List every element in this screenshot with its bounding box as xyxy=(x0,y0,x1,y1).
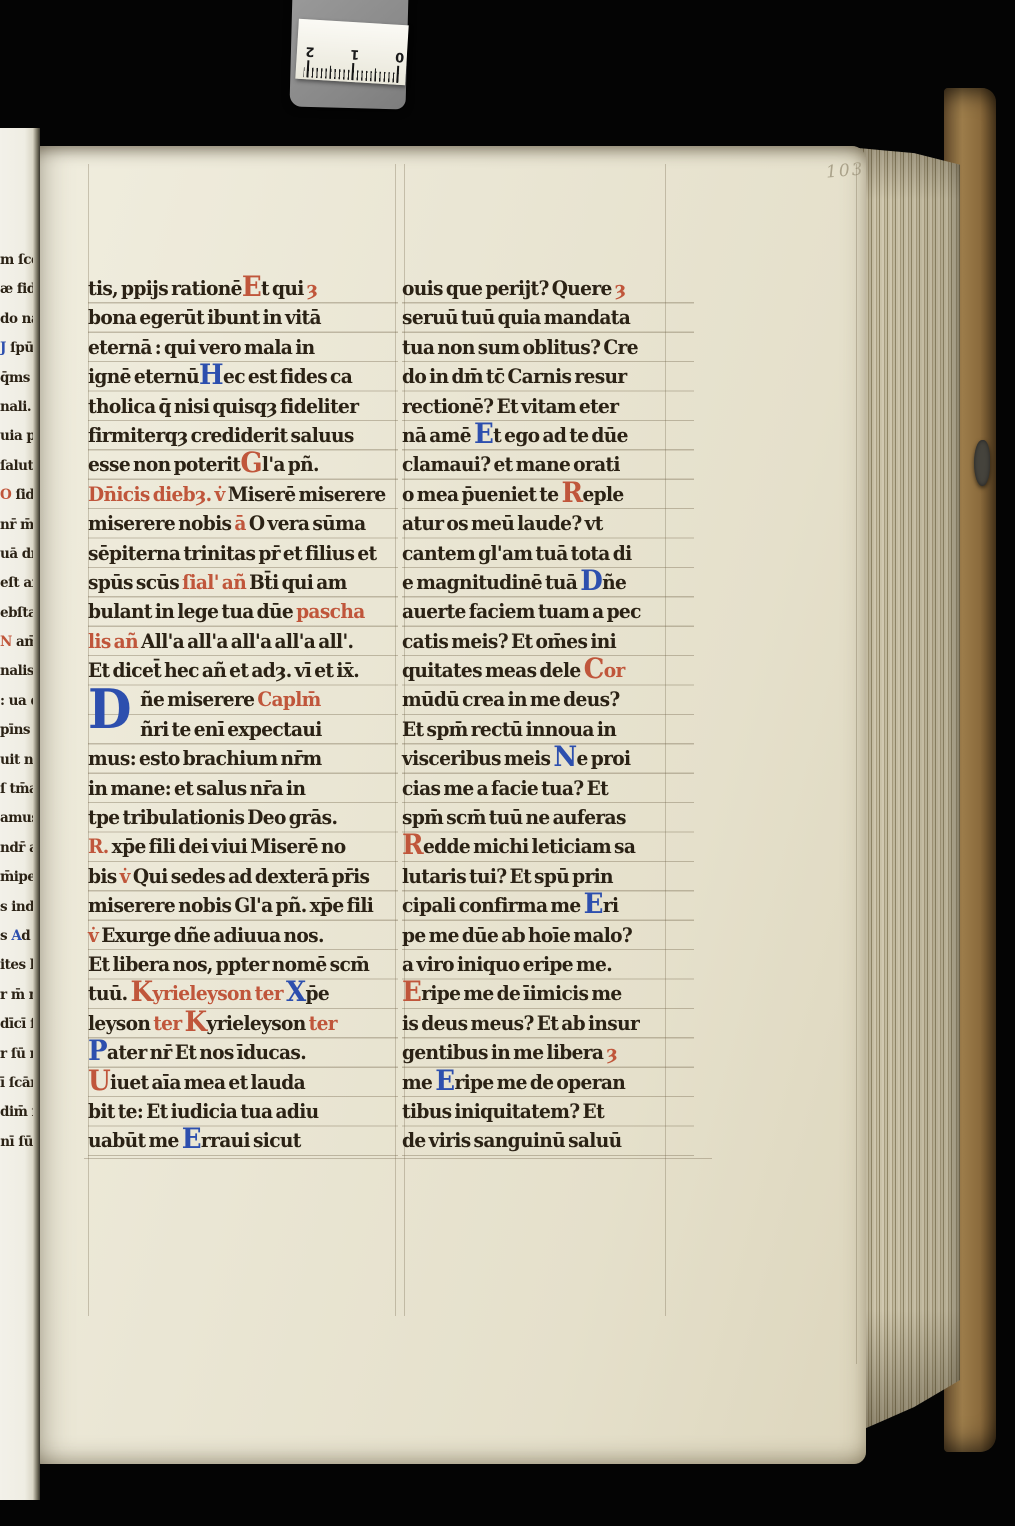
text-segment: Miserē miserere xyxy=(228,482,386,506)
text-segment: miserere nobis Gl'a pñ. xp̄e fili xyxy=(88,893,373,917)
manuscript-text-line: quitates meas dele Cor xyxy=(402,656,674,685)
initial-letter: E xyxy=(402,975,421,1008)
manuscript-text-line: spm̄ scm̄ tuū ne auferas xyxy=(402,803,674,832)
initial-letter: R xyxy=(561,476,582,509)
margin-fragment-line: s Ad nr̄ xyxy=(0,922,33,951)
initial-letter: N xyxy=(553,740,576,773)
text-segment: firmiterqȝ crediderit saluus xyxy=(88,423,354,447)
text-segment: a viro iniquo eripe me. xyxy=(402,952,612,976)
fragment-text: N xyxy=(0,634,12,650)
text-segment: ouis que perijt? Quere xyxy=(402,276,615,300)
initial-letter: H xyxy=(199,358,223,391)
ruler-number: 0 xyxy=(393,49,406,65)
text-segment: Et spm̄ rectū innoua in xyxy=(402,717,616,741)
text-segment: cantem gl'am tuā tota di xyxy=(402,541,632,565)
manuscript-text-line: cipali confirma me Eri xyxy=(402,891,674,920)
manuscript-text-line: pe me dūe ab hoīe malo? xyxy=(402,921,674,950)
text-segment: ripe me de operan xyxy=(454,1070,625,1094)
fragment-text: æ fidēs xyxy=(0,281,33,297)
margin-fragment-line: nalis m̄ xyxy=(0,657,33,686)
text-segment: pe me dūe ab hoīe malo? xyxy=(402,923,632,947)
margin-fragment-line: r m̄ mōd xyxy=(0,981,33,1010)
text-segment: v̇ xyxy=(88,923,101,947)
manuscript-text-line: R. xp̄e fili dei viui Miserē no xyxy=(88,832,376,861)
margin-fragment-line: r ſū mō xyxy=(0,1040,33,1069)
margin-fragment-line: uit nr̄a xyxy=(0,746,33,775)
fragment-text: ebſtaūr xyxy=(0,605,33,621)
ruling-line-horizontal xyxy=(84,1158,712,1159)
margin-fragment-line: do nata xyxy=(0,305,33,334)
text-segment: ater nr̄ Et nos īducas. xyxy=(107,1040,306,1064)
fragment-text: ſidī xyxy=(11,487,33,503)
text-segment: mūdū crea in me deus? xyxy=(402,687,620,711)
manuscript-text-line: bis v̇ Qui sedes ad dexterā pr̄is xyxy=(88,862,376,891)
text-segment: ñri te enī expectaui xyxy=(140,717,322,741)
text-segment: cipali confirma me xyxy=(402,893,584,917)
margin-fragment-line: O ſidī xyxy=(0,481,33,510)
text-segment: o mea p̄ueniet te xyxy=(402,482,561,506)
text-segment: seruū tuū quia mandata xyxy=(402,305,630,329)
text-segment: clamaui? et mane orati xyxy=(402,452,620,476)
margin-fragment-line: dīcī ſīr xyxy=(0,1010,33,1039)
text-segment: visceribus meis xyxy=(402,746,553,770)
manuscript-text-line: nā amē Et ego ad te dūe xyxy=(402,421,674,450)
text-segment: p̄e xyxy=(306,981,330,1005)
manuscript-text-line: is deus meus? Et ab insur xyxy=(402,1009,674,1038)
text-segment: R. xyxy=(88,834,112,858)
text-segment: cias me a facie tua? Et xyxy=(402,776,608,800)
text-segment: eple xyxy=(582,482,623,506)
text-segment: ri xyxy=(603,893,619,917)
measurement-ruler: 0 1 2 xyxy=(295,19,408,86)
manuscript-text-line: esse non poteritGl'a pñ. xyxy=(88,450,376,479)
manuscript-text-line: tuū. Kyrieleyson ter Xp̄e xyxy=(88,979,376,1008)
manuscript-text-line: me Eripe me de operan xyxy=(402,1068,674,1097)
initial-letter: E xyxy=(242,270,261,303)
manuscript-text-line: mūdū crea in me deus? xyxy=(402,685,674,714)
manuscript-text-line: bit te: Et iudicia tua adiu xyxy=(88,1097,376,1126)
text-segment: ter xyxy=(153,1011,184,1035)
text-segment: rectionē? Et vitam eter xyxy=(402,394,618,418)
manuscript-text-line: seruū tuū quia mandata xyxy=(402,303,674,332)
text-segment: tua non sum oblitus? Cre xyxy=(402,335,638,359)
ruler-scale: 0 1 2 xyxy=(295,19,408,86)
fragment-text: nī ſū xyxy=(0,1134,33,1150)
fragment-text: uā dr̄is xyxy=(0,546,33,562)
fore-edge-page-stack xyxy=(858,148,960,1438)
text-segment: ȝ xyxy=(606,1040,617,1064)
fragment-text: ī ſcām xyxy=(0,1075,33,1091)
text-segment: Et libera nos, ppter nomē scm̄ xyxy=(88,952,369,976)
text-segment: e proi xyxy=(577,746,631,770)
fragment-text: uia pam̄ xyxy=(0,428,33,444)
fragment-text: A xyxy=(11,928,21,944)
ruler-major-tick xyxy=(397,66,400,83)
text-segment: e magnitudinē tuā xyxy=(402,570,580,594)
margin-fragment-line: ndr̄ ad d̄ xyxy=(0,834,33,863)
manuscript-text-line: do in dm̄ tc̄ Carnis resur xyxy=(402,362,674,391)
manuscript-text-line: Et dicet̄ hec añ et adȝ. vī et ix̄. xyxy=(88,656,376,685)
text-segment: ſial' añ xyxy=(182,570,249,594)
fragment-text: r ſū mō xyxy=(0,1046,33,1062)
manuscript-text-line: ignē eternūHec est fides ca xyxy=(88,362,376,391)
manuscript-text-line: rectionē? Et vitam eter xyxy=(402,392,674,421)
text-segment: do in dm̄ tc̄ Carnis resur xyxy=(402,364,627,388)
text-segment: ter xyxy=(309,1011,337,1035)
manuscript-text-line: cias me a facie tua? Et xyxy=(402,774,674,803)
ruler-number: 2 xyxy=(304,43,317,59)
text-segment: bona egerūt ibunt in vitā xyxy=(88,305,321,329)
fragment-text: do nata xyxy=(0,311,33,327)
manuscript-text-line: tis, ppijs rationēEt qui ȝ xyxy=(88,274,376,303)
margin-fragment-line: s indr̄m xyxy=(0,893,33,922)
fragment-text: q̄ms ſpū xyxy=(0,370,33,386)
text-segment: atur os meū laude? vt xyxy=(402,511,603,535)
fragment-text: ſ tm̄a d̄ xyxy=(0,781,33,797)
text-segment: bis xyxy=(88,864,120,888)
ruler-number: 1 xyxy=(348,46,361,62)
manuscript-text-line: Uiuet aīa mea et lauda xyxy=(88,1068,376,1097)
fragment-text: ites huis xyxy=(0,957,33,973)
text-segment: tpe tribulationis Deo grās. xyxy=(88,805,337,829)
manuscript-text-line: bulant in lege tua dūe pascha xyxy=(88,597,376,626)
manuscript-text-line: Eripe me de īimicis me xyxy=(402,979,674,1008)
fragment-text: am̄ ſū xyxy=(12,634,33,650)
manuscript-text-line: miserere nobis ā O vera sūma xyxy=(88,509,376,538)
manuscript-text-line: tholica q̄ nisi quisqȝ fideliter xyxy=(88,392,376,421)
initial-letter: E xyxy=(474,417,493,450)
text-segment: tuū. xyxy=(88,981,131,1005)
text-segment: t ego ad te dūe xyxy=(493,423,628,447)
text-segment: Qui sedes ad dexterā pr̄is xyxy=(133,864,369,888)
manuscript-text-line: clamaui? et mane orati xyxy=(402,450,674,479)
text-segment: tis, ppijs rationē xyxy=(88,276,242,300)
manuscript-text-line: sēpiterna trinitas pr̄ et filius et xyxy=(88,539,376,568)
manuscript-text-line: ouis que perijt? Quere ȝ xyxy=(402,274,674,303)
manuscript-text-line: Dñe miserere Caplm̄ xyxy=(88,685,376,714)
text-segment: mus: esto brachium nr̄m xyxy=(88,746,322,770)
text-segment: nā amē xyxy=(402,423,474,447)
margin-fragment-line: amus A xyxy=(0,804,33,833)
manuscript-photograph: 103 tis, ppijs rationēEt qui ȝbona egerū… xyxy=(0,0,1015,1526)
margin-fragment-line: uā dr̄is xyxy=(0,540,33,569)
text-segment: rraui sicut xyxy=(201,1128,301,1152)
fragment-text: r m̄ mōd xyxy=(0,987,33,1003)
margin-fragment-line: uia pam̄ xyxy=(0,422,33,451)
text-segment: eternā : qui vero mala in xyxy=(88,335,315,359)
text-segment: tibus iniquitatem? Et xyxy=(402,1099,604,1123)
margin-fragment-line: æ fidēs xyxy=(0,275,33,304)
manuscript-page: 103 tis, ppijs rationēEt qui ȝbona egerū… xyxy=(36,146,866,1464)
facing-page-edge: m ſcē pm̄æ fidēsdo nataJ ſpūsq̄ms ſpūnal… xyxy=(0,128,40,1500)
text-segment: Exurge dñe adiuua nos. xyxy=(101,923,324,947)
margin-fragment-line: q̄ms ſpū xyxy=(0,364,33,393)
manuscript-text-line: uabūt me Erraui sicut xyxy=(88,1126,376,1155)
text-segment: quitates meas dele xyxy=(402,658,584,682)
manuscript-text-line: e magnitudinē tuā Dñe xyxy=(402,568,674,597)
text-segment: tholica q̄ nisi quisqȝ fideliter xyxy=(88,394,358,418)
fragment-text: s indr̄m xyxy=(0,899,33,915)
manuscript-text-line: a viro iniquo eripe me. xyxy=(402,950,674,979)
text-segment: auerte faciem tuam a pec xyxy=(402,599,641,623)
text-segment: Dn̄icis diebȝ. v̇ xyxy=(88,482,228,506)
text-segment: ñe miserere xyxy=(140,687,257,711)
text-segment: yrieleyson xyxy=(207,1011,309,1035)
text-segment: yrieleyson xyxy=(153,981,255,1005)
manuscript-text-line: firmiterqȝ crediderit saluus xyxy=(88,421,376,450)
text-segment: ȝ xyxy=(304,276,318,300)
text-segment: uabūt me xyxy=(88,1128,182,1152)
text-segment: v̇ xyxy=(120,864,133,888)
initial-letter: K xyxy=(131,975,153,1008)
initial-letter: P xyxy=(88,1034,107,1067)
initial-letter: U xyxy=(88,1064,110,1097)
manuscript-text-line: tpe tribulationis Deo grās. xyxy=(88,803,376,832)
text-segment: lis añ xyxy=(88,629,141,653)
manuscript-text-line: lutaris tui? Et spū prin xyxy=(402,862,674,891)
manuscript-text-line: bona egerūt ibunt in vitā xyxy=(88,303,376,332)
initial-letter: D xyxy=(580,564,602,597)
clasp-remnant xyxy=(974,440,990,486)
fragment-text: ſalutē xyxy=(0,458,33,474)
text-segment: leyson xyxy=(88,1011,153,1035)
text-segment: spūs scūs xyxy=(88,570,182,594)
margin-fragment-line: N am̄ ſū xyxy=(0,628,33,657)
margin-fragment-line: ites huis xyxy=(0,951,33,980)
margin-fragment-line: m̄ipem̄ xyxy=(0,863,33,892)
text-segment: ec est fides ca xyxy=(223,364,352,388)
text-segment: in mane: et salus nr̄a in xyxy=(88,776,305,800)
manuscript-text-line: miserere nobis Gl'a pñ. xp̄e fili xyxy=(88,891,376,920)
text-segment: ripe me de īimicis me xyxy=(421,981,621,1005)
fragment-text: m̄ipem̄ xyxy=(0,869,33,885)
text-segment: xp̄e fili dei viui Miserē no xyxy=(112,834,346,858)
ruling-line-vertical xyxy=(856,164,857,1364)
margin-fragment-line: ī ſcām xyxy=(0,1069,33,1098)
fragment-text: pīns xyxy=(0,722,33,738)
text-segment: or xyxy=(604,658,625,682)
text-segment: de viris sanguinū saluū xyxy=(402,1128,621,1152)
manuscript-text-line: Et spm̄ rectū innoua in xyxy=(402,715,674,744)
fragment-text: nalis m̄ xyxy=(0,663,33,679)
text-segment: catis meis? Et om̄es ini xyxy=(402,629,616,653)
manuscript-text-line: visceribus meis Ne proi xyxy=(402,744,674,773)
fragment-text: ſpūs xyxy=(6,340,33,356)
manuscript-text-line: auerte faciem tuam a pec xyxy=(402,597,674,626)
fragment-text: s xyxy=(0,928,11,944)
fragment-text: ndr̄ ad d̄ xyxy=(0,840,33,856)
text-segment: ter xyxy=(255,981,286,1005)
manuscript-text-line: Redde michi leticiam sa xyxy=(402,832,674,861)
text-column-right: ouis que perijt? Quere ȝseruū tuū quia m… xyxy=(402,274,694,1158)
manuscript-text-line: tibus iniquitatem? Et xyxy=(402,1097,674,1126)
margin-fragment-line: : ua dūs xyxy=(0,687,33,716)
fragment-text: dim̄ ſr̄ xyxy=(0,1104,33,1120)
margin-fragment-line: pīns Q xyxy=(0,716,33,745)
text-segment: Caplm̄ xyxy=(257,687,320,711)
margin-fragment-line: nr̄ m̄di xyxy=(0,511,33,540)
margin-fragment-line: dim̄ ſr̄ xyxy=(0,1098,33,1127)
margin-fragment-line: ebſtaūr xyxy=(0,599,33,628)
text-segment: miserere nobis xyxy=(88,511,234,535)
manuscript-text-line: ñri te enī expectaui xyxy=(88,715,376,744)
manuscript-text-line: leyson ter Kyrieleyson ter xyxy=(88,1009,376,1038)
fragment-text: nr̄ m̄di xyxy=(0,517,33,533)
margin-fragment-line: nī ſū xyxy=(0,1128,33,1157)
initial-letter: E xyxy=(584,887,603,920)
text-segment: t qui xyxy=(261,276,304,300)
text-segment: esse non poterit xyxy=(88,452,240,476)
fragment-text: O xyxy=(0,487,11,503)
initial-letter: E xyxy=(435,1064,454,1097)
text-segment: ā xyxy=(234,511,248,535)
fragment-text: : ua dūs xyxy=(0,693,33,709)
initial-letter: G xyxy=(240,446,262,479)
fragment-text: uit nr̄a xyxy=(0,752,33,768)
manuscript-text-line: Pater nr̄ Et nos īducas. xyxy=(88,1038,376,1067)
manuscript-text-line: lis añ All'a all'a all'a all'a all'. xyxy=(88,627,376,656)
fragment-text: nali. ȝ r̄ xyxy=(0,399,33,415)
text-segment: sēpiterna trinitas pr̄ et filius et xyxy=(88,541,376,565)
text-segment: is deus meus? Et ab insur xyxy=(402,1011,639,1035)
manuscript-text-line: o mea p̄ueniet te Reple xyxy=(402,480,674,509)
text-segment: ignē eternū xyxy=(88,364,199,388)
manuscript-text-line: cantem gl'am tuā tota di xyxy=(402,539,674,568)
text-segment: bit te: Et iudicia tua adiu xyxy=(88,1099,318,1123)
manuscript-text-line: de viris sanguinū saluū xyxy=(402,1126,674,1155)
text-segment: lutaris tui? Et spū prin xyxy=(402,864,613,888)
text-segment: Bt̄i qui am xyxy=(249,570,347,594)
manuscript-text-line: mus: esto brachium nr̄m xyxy=(88,744,376,773)
fragment-text: amus xyxy=(0,810,33,826)
initial-letter: E xyxy=(182,1122,201,1155)
text-segment: All'a all'a all'a all'a all'. xyxy=(141,629,353,653)
initial-letter: X xyxy=(286,975,306,1008)
text-segment: me xyxy=(402,1070,435,1094)
margin-fragment-line: nali. ȝ r̄ xyxy=(0,393,33,422)
initial-letter: C xyxy=(584,652,604,685)
margin-fragment-line: ſ tm̄a d̄ xyxy=(0,775,33,804)
text-column-left: tis, ppijs rationēEt qui ȝbona egerūt ib… xyxy=(88,274,398,1158)
margin-fragment-line: ſalutē xyxy=(0,452,33,481)
text-segment: ȝ xyxy=(615,276,626,300)
text-segment: l'a pñ. xyxy=(262,452,319,476)
facing-page-text-fragments: m ſcē pm̄æ fidēsdo nataJ ſpūsq̄ms ſpūnal… xyxy=(0,246,33,1186)
initial-letter: R xyxy=(402,828,423,861)
fragment-text: d nr̄ xyxy=(21,928,33,944)
text-segment: pascha xyxy=(296,599,365,623)
text-segment: gentibus in me libera xyxy=(402,1040,606,1064)
manuscript-text-line: spūs scūs ſial' añ Bt̄i qui am xyxy=(88,568,376,597)
manuscript-text-line: Dn̄icis diebȝ. v̇ Miserē miserere xyxy=(88,480,376,509)
manuscript-text-line: eternā : qui vero mala in xyxy=(88,333,376,362)
manuscript-text-line: v̇ Exurge dñe adiuua nos. xyxy=(88,921,376,950)
manuscript-text-line: tua non sum oblitus? Cre xyxy=(402,333,674,362)
initial-letter: K xyxy=(185,1005,207,1038)
margin-fragment-line: m ſcē pm̄ xyxy=(0,246,33,275)
text-segment: ñe xyxy=(602,570,626,594)
margin-fragment-line: J ſpūs xyxy=(0,334,33,363)
fragment-text: eſt am̄ xyxy=(0,575,33,591)
manuscript-text-line: in mane: et salus nr̄a in xyxy=(88,774,376,803)
text-segment: bulant in lege tua dūe xyxy=(88,599,296,623)
manuscript-text-line: catis meis? Et om̄es ini xyxy=(402,627,674,656)
fragment-text: dīcī ſīr xyxy=(0,1016,33,1032)
text-segment: spm̄ scm̄ tuū ne auferas xyxy=(402,805,626,829)
text-segment: O vera sūma xyxy=(249,511,366,535)
text-segment: edde michi leticiam sa xyxy=(423,834,635,858)
manuscript-text-line: atur os meū laude? vt xyxy=(402,509,674,538)
fragment-text: m ſcē pm̄ xyxy=(0,252,33,268)
text-segment: iuet aīa mea et lauda xyxy=(110,1070,305,1094)
margin-fragment-line: eſt am̄ xyxy=(0,569,33,598)
